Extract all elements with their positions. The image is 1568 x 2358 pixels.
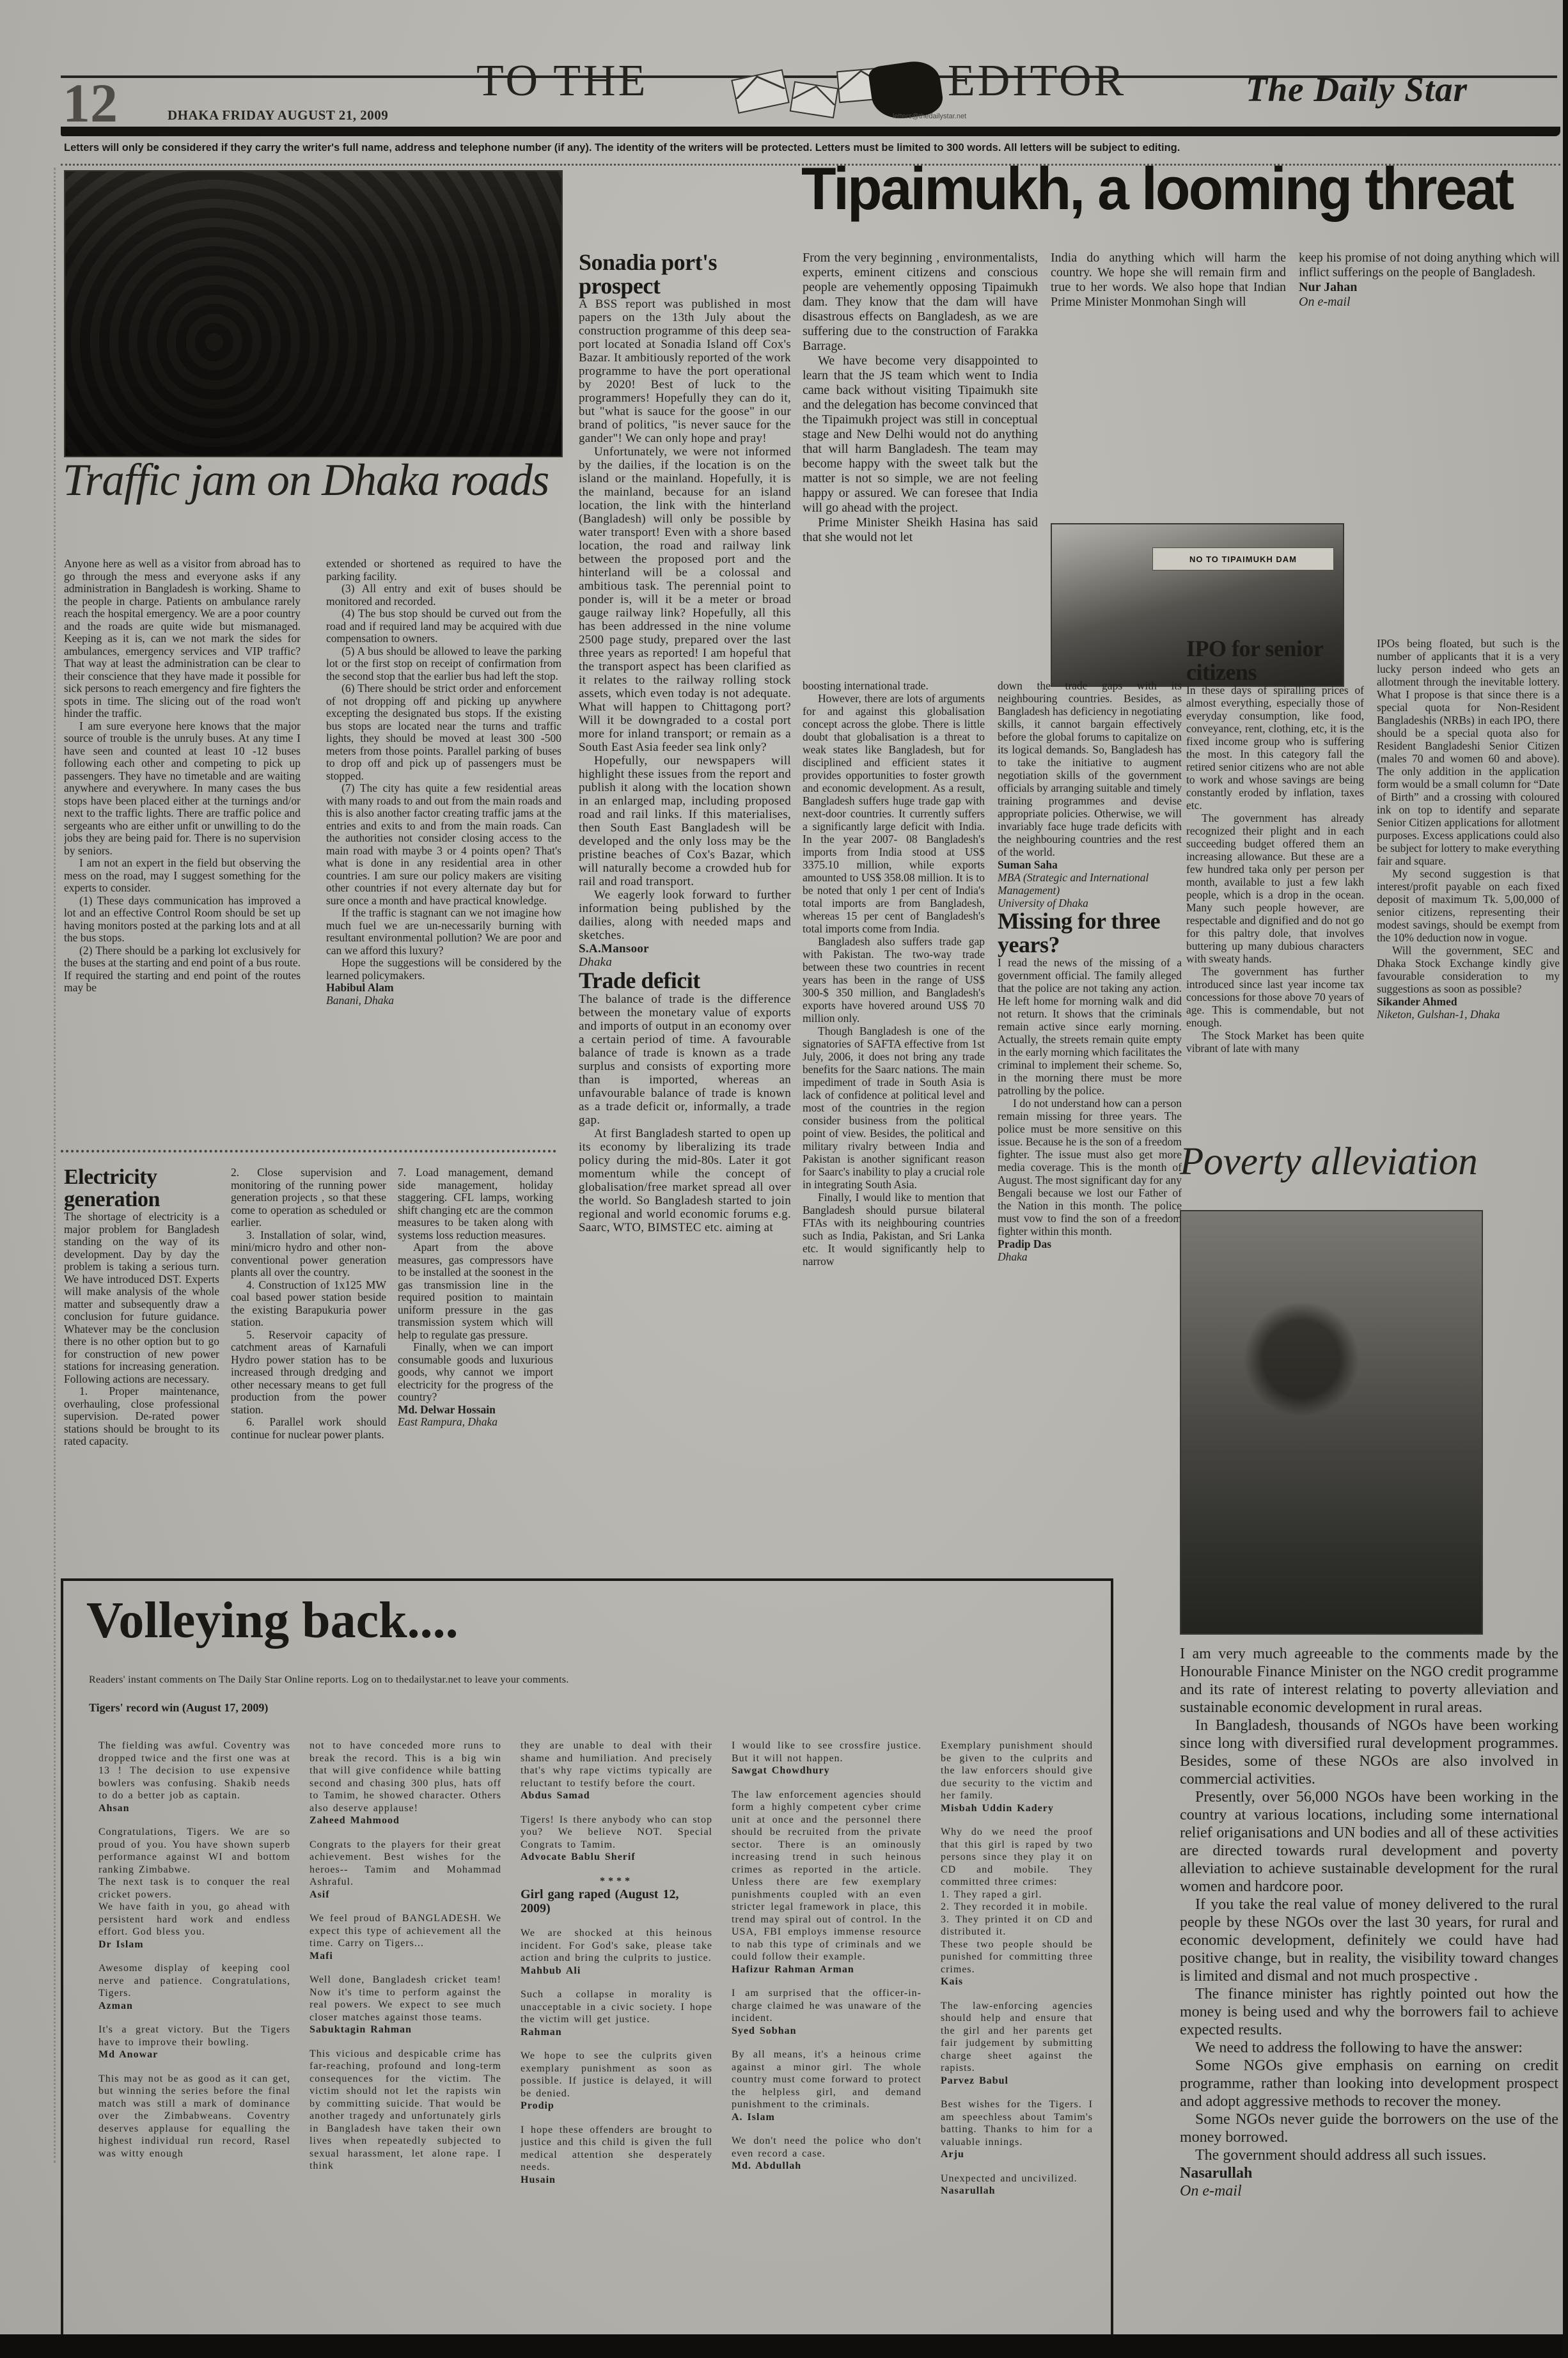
column-headline: Missing for three years? — [998, 909, 1182, 956]
letter-author-detail: On e-mail — [1299, 295, 1560, 310]
tipaimukh-headline: Tipaimukh, a looming threat — [801, 159, 1567, 219]
letter-author: Sikander Ahmed — [1377, 995, 1560, 1008]
paragraph: I am surprised that the officer-in-charg… — [732, 1987, 921, 2025]
letter-author: Husain — [521, 2174, 712, 2187]
paragraph: We don't need the police who don't even … — [732, 2135, 921, 2160]
tipaimukh-column-3: keep his promise of not doing anything w… — [1299, 251, 1560, 519]
letter-author-detail: University of Dhaka — [998, 897, 1182, 909]
paragraph: Such a collapse in morality is unaccepta… — [521, 1988, 712, 2026]
letter-author: Md. Delwar Hossain — [398, 1404, 553, 1417]
paragraph: Anyone here as well as a visitor from ab… — [64, 558, 301, 720]
paragraph: The balance of trade is the difference b… — [579, 993, 791, 1127]
paragraph: The fielding was awful. Coventry was dro… — [98, 1740, 290, 1802]
paragraph: Congratulations, Tigers. We are so proud… — [98, 1826, 290, 1876]
poverty-text-column: I am very much agreeable to the comments… — [1180, 1645, 1558, 2328]
volleying-headline: Volleying back.... — [86, 1595, 459, 1646]
paragraph: down the trade gaps with its neighbourin… — [998, 679, 1182, 858]
spacer — [98, 2012, 290, 2024]
letter-author: Sabuktagin Rahman — [310, 2024, 501, 2036]
spacer — [521, 1915, 712, 1927]
poverty-headline: Poverty alleviation — [1180, 1142, 1558, 1181]
paragraph: The Stock Market has been quite vibrant … — [1186, 1029, 1364, 1055]
letter-author: Arju — [941, 2148, 1093, 2161]
paragraph: Though Bangladesh is one of the signator… — [803, 1025, 985, 1191]
scan-bottom-edge — [0, 2334, 1568, 2358]
paragraph: At first Bangladesh started to open up i… — [579, 1127, 791, 1234]
letter-author: Asif — [310, 1889, 501, 1901]
letter-author: Md Anowar — [98, 2048, 290, 2061]
paragraph: A BSS report was published in most paper… — [579, 297, 791, 445]
spacer — [732, 1976, 921, 1987]
paragraph: Awesome display of keeping cool nerve an… — [98, 1962, 290, 2000]
paragraph: We eagerly look forward to further infor… — [579, 888, 791, 942]
paragraph: 3. They printed it on CD and distributed… — [941, 1914, 1093, 1938]
paragraph: 3. Installation of solar, wind, mini/mic… — [231, 1229, 386, 1279]
spacer — [732, 2037, 921, 2048]
electricity-column-2: 2. Close supervision and monitoring of t… — [231, 1167, 386, 1557]
spacer — [98, 1951, 290, 1962]
letter-author: Mahbub Ali — [521, 1965, 712, 1977]
letter-author: Misbah Uddin Kadery — [941, 1802, 1093, 1815]
spacer — [521, 2112, 712, 2124]
spacer — [521, 1977, 712, 1988]
letter-author: Suman Saha — [998, 858, 1182, 871]
paragraph: Will the government, SEC and Dhaka Stock… — [1377, 944, 1560, 995]
paragraph: Presently, over 56,000 NGOs have been wo… — [1180, 1788, 1558, 1896]
letter-author-detail: MBA (Strategic and International Managem… — [998, 871, 1182, 897]
paragraph: India do anything which will harm the co… — [1051, 251, 1286, 310]
letter-author: A. Islam — [732, 2111, 921, 2124]
paragraph: We feel proud of BANGLADESH. We expect t… — [310, 1912, 501, 1950]
tipaimukh-column-2: India do anything which will harm the co… — [1051, 251, 1286, 519]
tipaimukh-column-1: From the very beginning , environmentali… — [803, 251, 1038, 676]
volleying-column-5: Exemplary punishment should be given to … — [941, 1740, 1093, 2322]
topic-subhead: Girl gang raped (August 12, 2009) — [521, 1887, 712, 1915]
paragraph: Finally, when we can import consumable g… — [398, 1341, 553, 1404]
volleying-topic: Tigers' record win (August 17, 2009) — [89, 1701, 268, 1715]
volleying-back-box: Volleying back.... Readers' instant comm… — [61, 1578, 1113, 2346]
letter-author: Nasarullah — [1180, 2164, 1558, 2182]
paragraph: Unexpected and uncivilized. — [941, 2173, 1093, 2185]
left-margin-dots — [54, 168, 56, 2163]
paragraph: 5. Reservoir capacity of catchment areas… — [231, 1329, 386, 1417]
column-headline: Electricity generation — [64, 1167, 219, 1211]
letter-author-detail: Dhaka — [579, 955, 791, 969]
paragraph: I am not an expert in the field but obse… — [64, 857, 301, 895]
letter-author: Hafizur Rahman Arman — [732, 1963, 921, 1976]
letter-author: S.A.Mansoor — [579, 942, 791, 955]
paragraph: My second suggestion is that interest/pr… — [1377, 867, 1560, 944]
paragraph: (1) These days communication has improve… — [64, 895, 301, 945]
paragraph: 2. They recorded it in mobile. — [941, 1901, 1093, 1914]
paragraph: Why do we need the proof that this girl … — [941, 1826, 1093, 1889]
paragraph: 2. Close supervision and monitoring of t… — [231, 1167, 386, 1229]
paragraph: The government should address all such i… — [1180, 2146, 1558, 2164]
paragraph: We have faith in you, go ahead with pers… — [98, 1901, 290, 1938]
paragraph: Finally, I would like to mention that Ba… — [803, 1191, 985, 1268]
paragraph: 7. Load management, demand side manageme… — [398, 1167, 553, 1241]
electricity-column-3: 7. Load management, demand side manageme… — [398, 1167, 553, 1557]
paragraph: Prime Minister Sheikh Hasina has said th… — [803, 515, 1038, 545]
letter-author: Nasarullah — [941, 2185, 1093, 2197]
paragraph: The government has further introduced si… — [1186, 965, 1364, 1029]
paragraph: The shortage of electricity is a major p… — [64, 1211, 219, 1385]
masthead-title-left: TO THE — [476, 59, 648, 104]
sonadia-trade-column: Sonadia port's prospectA BSS report was … — [579, 251, 791, 1559]
paragraph: Hopefully, our newspapers will highlight… — [579, 754, 791, 888]
traffic-jam-photo — [64, 170, 563, 457]
paragraph: Unfortunately, we were not informed by t… — [579, 445, 791, 754]
paragraph: I do not understand how can a person rem… — [998, 1097, 1182, 1238]
trade-continuation-column-1: boosting international trade.However, th… — [803, 679, 985, 1560]
paragraph: The government has already recognized th… — [1186, 812, 1364, 965]
paragraph: (2) There should be a parking lot exclus… — [64, 945, 301, 994]
paragraph: We hope to see the culprits given exempl… — [521, 2050, 712, 2100]
spacer — [310, 1962, 501, 1974]
paragraph: Exemplary punishment should be given to … — [941, 1740, 1093, 1802]
column-headline: Trade deficit — [579, 969, 791, 993]
letter-author: Pradip Das — [998, 1238, 1182, 1250]
newspaper-logo: The Daily Star — [1246, 69, 1468, 109]
letter-author: Azman — [98, 2000, 290, 2013]
trade-continuation-column-2: down the trade gaps with its neighbourin… — [998, 679, 1182, 1560]
paragraph: I read the news of the missing of a gove… — [998, 956, 1182, 1097]
masthead-title-right: EDITOR — [948, 59, 1126, 104]
spacer — [732, 2123, 921, 2135]
column-headline: Sonadia port's prospect — [579, 251, 791, 297]
spacer — [521, 1802, 712, 1814]
letter-author: Mafi — [310, 1950, 501, 1963]
paragraph: 1. They raped a girl. — [941, 1889, 1093, 1901]
paragraph: Hope the suggestions will be considered … — [326, 957, 561, 982]
protest-banner-text: NO TO TIPAIMUKH DAM — [1152, 547, 1334, 570]
dotted-rule — [61, 1150, 556, 1152]
paragraph: It's a great victory. But the Tigers hav… — [98, 2024, 290, 2048]
paragraph: Some NGOs give emphasis on earning on cr… — [1180, 2057, 1558, 2110]
spacer — [941, 1988, 1093, 2000]
spacer — [941, 2161, 1093, 2173]
paragraph: (5) A bus should be allowed to leave the… — [326, 645, 561, 683]
paragraph: I am sure everyone here knows that the m… — [64, 720, 301, 858]
paragraph: I would like to see crossfire justice. B… — [732, 1740, 921, 1765]
paragraph: The law-enforcing agencies should help a… — [941, 2000, 1093, 2075]
letters-email: letters@thedailystar.net — [893, 113, 966, 120]
column-headline: IPO for senior citizens — [1186, 637, 1364, 684]
paragraph: Well done, Bangladesh cricket team! Now … — [310, 1974, 501, 2024]
volleying-column-2: not to have conceded more runs to break … — [310, 1740, 501, 2322]
volleying-column-1: The fielding was awful. Coventry was dro… — [98, 1740, 290, 2322]
letters-policy: Letters will only be considered if they … — [64, 142, 1535, 154]
paragraph: In Bangladesh, thousands of NGOs have be… — [1180, 1717, 1558, 1788]
poverty-photo — [1180, 1210, 1483, 1635]
letter-author: Advocate Bablu Sherif — [521, 1851, 712, 1864]
letter-author-detail: On e-mail — [1180, 2182, 1558, 2200]
letter-author: Md. Abdullah — [732, 2160, 921, 2173]
traffic-column-2: extended or shortened as required to hav… — [326, 558, 561, 1146]
letter-author: Sawgat Chowdhury — [732, 1765, 921, 1777]
paragraph: However, there are lots of arguments for… — [803, 692, 985, 935]
paragraph: 4. Construction of 1x125 MW coal based p… — [231, 1279, 386, 1329]
scan-right-edge — [1563, 0, 1568, 2358]
spacer — [941, 2087, 1093, 2098]
spacer — [732, 1777, 921, 1789]
paragraph: 6. Parallel work should continue for nuc… — [231, 1416, 386, 1441]
letter-author: Habibul Alam — [326, 982, 561, 994]
paragraph: keep his promise of not doing anything w… — [1299, 251, 1560, 280]
letter-author: Rahman — [521, 2026, 712, 2039]
envelope-icon — [790, 81, 839, 118]
paragraph: (6) There should be strict order and enf… — [326, 682, 561, 782]
paragraph: If the traffic is stagnant can we not im… — [326, 907, 561, 957]
letter-author-detail: Dhaka — [998, 1250, 1182, 1263]
paragraph: not to have conceded more runs to break … — [310, 1740, 501, 1814]
dateline: DHAKA FRIDAY AUGUST 21, 2009 — [168, 107, 388, 123]
spacer — [941, 1814, 1093, 1826]
volleying-column-4: I would like to see crossfire justice. B… — [732, 1740, 921, 2322]
page-number: 12 — [63, 75, 118, 130]
spacer — [98, 1814, 290, 1826]
traffic-headline: Traffic jam on Dhaka roads — [63, 458, 574, 503]
paragraph: By all means, it's a heinous crime again… — [732, 2048, 921, 2111]
letter-author: Dr Islam — [98, 1938, 290, 1951]
letter-author-detail: East Rampura, Dhaka — [398, 1416, 553, 1429]
letter-author-detail: Niketon, Gulshan-1, Dhaka — [1377, 1008, 1560, 1021]
paragraph: 1. Proper maintenance, overhauling, clos… — [64, 1385, 219, 1448]
paragraph: Apart from the above measures, gas compr… — [398, 1241, 553, 1341]
letter-author: Abdus Samad — [521, 1789, 712, 1802]
letter-author: Prodip — [521, 2100, 712, 2112]
masthead-bar — [61, 127, 1560, 136]
spacer — [310, 2036, 501, 2048]
paragraph: boosting international trade. — [803, 679, 985, 692]
volleying-column-3: they are unable to deal with their shame… — [521, 1740, 712, 2322]
paragraph: If you take the real value of money deli… — [1180, 1896, 1558, 1985]
paragraph: The finance minister has rightly pointed… — [1180, 1985, 1558, 2039]
paragraph: Some NGOs never guide the borrowers on t… — [1180, 2110, 1558, 2146]
electricity-column-1: Electricity generationThe shortage of el… — [64, 1167, 219, 1557]
paragraph: We are shocked at this heinous incident.… — [521, 1927, 712, 1965]
spacer — [98, 2061, 290, 2073]
paragraph: Tigers! Is there anybody who can stop yo… — [521, 1814, 712, 1851]
paragraph: In these days of spiralling prices of al… — [1186, 684, 1364, 812]
paragraph: (3) All entry and exit of buses should b… — [326, 583, 561, 608]
spacer — [310, 1827, 501, 1839]
letter-author: Ahsan — [98, 1802, 290, 1815]
paragraph: (4) The bus stop should be curved out fr… — [326, 608, 561, 645]
traffic-column-1: Anyone here as well as a visitor from ab… — [64, 558, 301, 1146]
newspaper-page: 12 DHAKA FRIDAY AUGUST 21, 2009 TO THE E… — [0, 0, 1568, 2358]
paragraph: The next task is to conquer the real cri… — [98, 1876, 290, 1901]
paragraph: We have become very disappointed to lear… — [803, 354, 1038, 515]
letter-author-detail: Banani, Dhaka — [326, 994, 561, 1007]
paragraph: The law enforcement agencies should form… — [732, 1789, 921, 1963]
spacer — [310, 1901, 501, 1912]
envelope-icon — [731, 69, 789, 114]
paragraph: This vicious and despicable crime has fa… — [310, 2048, 501, 2173]
paragraph: I hope these offenders are brought to ju… — [521, 2124, 712, 2174]
paragraph: they are unable to deal with their shame… — [521, 1740, 712, 1789]
spacer — [521, 2038, 712, 2050]
letter-author: Parvez Babul — [941, 2075, 1093, 2087]
paragraph: Congrats to the players for their great … — [310, 1839, 501, 1889]
letter-author: Nur Jahan — [1299, 280, 1560, 295]
volleying-subtitle: Readers' instant comments on The Daily S… — [89, 1674, 569, 1686]
paragraph: I am very much agreeable to the comments… — [1180, 1645, 1558, 1717]
paragraph: From the very beginning , environmentali… — [803, 251, 1038, 354]
letter-author: Zaheed Mahmood — [310, 1814, 501, 1827]
paragraph: IPOs being floated, but such is the numb… — [1377, 637, 1560, 867]
paragraph: These two people should be punished for … — [941, 1938, 1093, 1976]
paragraph: (7) The city has quite a few residential… — [326, 782, 561, 907]
paragraph: Best wishes for the Tigers. I am speechl… — [941, 2098, 1093, 2148]
letter-author: Kais — [941, 1976, 1093, 1988]
separator-stars: **** — [521, 1875, 712, 1888]
paragraph: Bangladesh also suffers trade gap with P… — [803, 935, 985, 1025]
letter-author: Syed Sobhan — [732, 2025, 921, 2038]
spacer — [521, 1864, 712, 1875]
paragraph: We need to address the following to have… — [1180, 2039, 1558, 2057]
paragraph: This may not be as good as it can get, b… — [98, 2073, 290, 2160]
paragraph: extended or shortened as required to hav… — [326, 558, 561, 583]
